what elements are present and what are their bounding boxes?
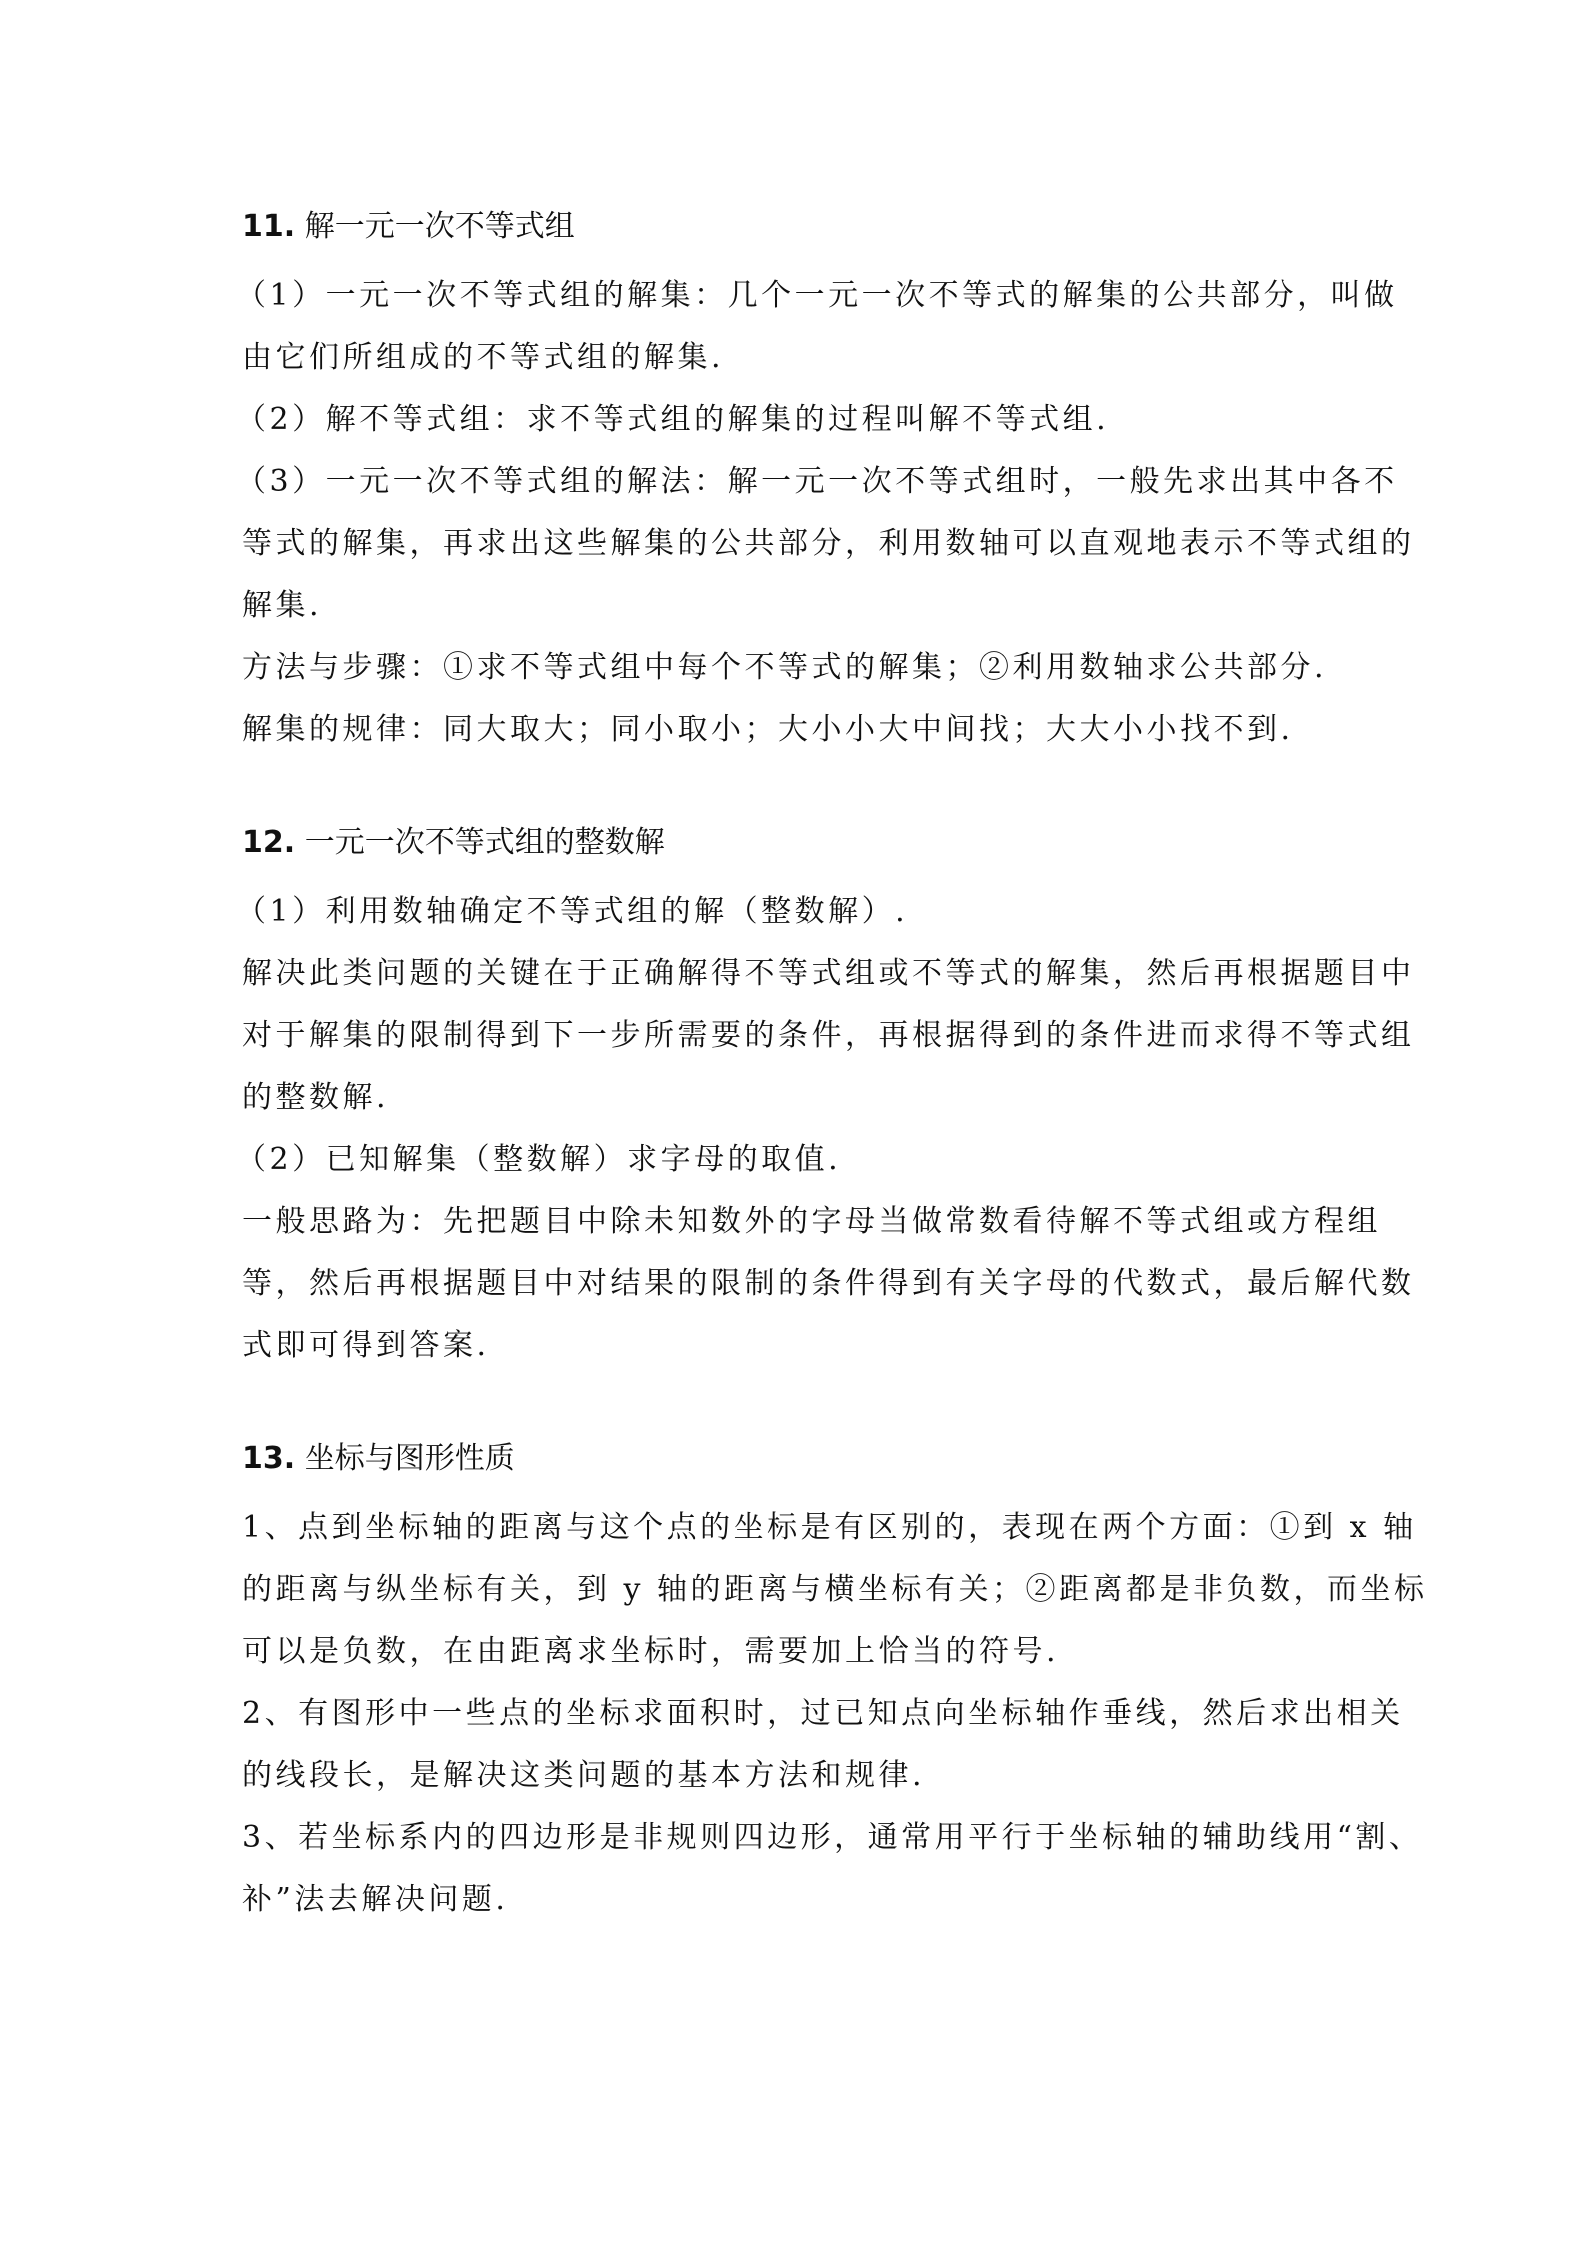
section-heading: 11. 解一元一次不等式组 (242, 205, 1352, 265)
section-12: 12. 一元一次不等式组的整数解 （1）利用数轴确定不等式组的解（整数解）. 解… (242, 821, 1352, 1377)
paragraph-line: 对于解集的限制得到下一步所需要的条件，再根据得到的条件进而求得不等式组 (242, 1005, 1352, 1067)
paragraph-line: （2）已知解集（整数解）求字母的取值. (236, 1129, 1352, 1191)
paragraph-line: 2、有图形中一些点的坐标求面积时，过已知点向坐标轴作垂线，然后求出相关 (242, 1683, 1352, 1745)
paragraph-line: 式即可得到答案. (242, 1315, 1352, 1377)
paragraph-line: 一般思路为：先把题目中除未知数外的字母当做常数看待解不等式组或方程组 (242, 1191, 1352, 1253)
paragraph-line: （1）一元一次不等式组的解集：几个一元一次不等式的解集的公共部分，叫做 (236, 265, 1352, 327)
paragraph-line: 可以是负数，在由距离求坐标时，需要加上恰当的符号. (242, 1621, 1352, 1683)
section-heading: 13. 坐标与图形性质 (242, 1437, 1352, 1497)
section-heading: 12. 一元一次不等式组的整数解 (242, 821, 1352, 881)
paragraph-line: 3、若坐标系内的四边形是非规则四边形，通常用平行于坐标轴的辅助线用“割、 (242, 1807, 1352, 1869)
paragraph-line: 1、点到坐标轴的距离与这个点的坐标是有区别的，表现在两个方面：①到 x 轴 (242, 1497, 1352, 1559)
section-11: 11. 解一元一次不等式组 （1）一元一次不等式组的解集：几个一元一次不等式的解… (242, 205, 1352, 761)
section-13: 13. 坐标与图形性质 1、点到坐标轴的距离与这个点的坐标是有区别的，表现在两个… (242, 1437, 1352, 1931)
paragraph-line: 等，然后再根据题目中对结果的限制的条件得到有关字母的代数式，最后解代数 (242, 1253, 1352, 1315)
section-number: 12. (242, 825, 295, 860)
section-number: 13. (242, 1441, 295, 1476)
section-title: 坐标与图形性质 (305, 1441, 515, 1476)
paragraph-line: 解集. (242, 575, 1352, 637)
paragraph-line: 的整数解. (242, 1067, 1352, 1129)
paragraph-line: 补”法去解决问题. (242, 1869, 1352, 1931)
paragraph-line: 解决此类问题的关键在于正确解得不等式组或不等式的解集，然后再根据题目中 (242, 943, 1352, 1005)
section-title: 解一元一次不等式组 (305, 209, 575, 244)
paragraph-line: （1）利用数轴确定不等式组的解（整数解）. (236, 881, 1352, 943)
paragraph-line: 的线段长，是解决这类问题的基本方法和规律. (242, 1745, 1352, 1807)
section-title: 一元一次不等式组的整数解 (305, 825, 665, 860)
paragraph-line: 由它们所组成的不等式组的解集. (242, 327, 1352, 389)
document-page: 11. 解一元一次不等式组 （1）一元一次不等式组的解集：几个一元一次不等式的解… (242, 205, 1352, 1991)
paragraph-line: 的距离与纵坐标有关，到 y 轴的距离与横坐标有关；②距离都是非负数，而坐标 (242, 1559, 1352, 1621)
paragraph-line: （3）一元一次不等式组的解法：解一元一次不等式组时，一般先求出其中各不 (236, 451, 1352, 513)
paragraph-line: 解集的规律：同大取大；同小取小；大小小大中间找；大大小小找不到. (242, 699, 1352, 761)
paragraph-line: （2）解不等式组：求不等式组的解集的过程叫解不等式组. (236, 389, 1352, 451)
section-number: 11. (242, 209, 295, 244)
paragraph-line: 方法与步骤：①求不等式组中每个不等式的解集；②利用数轴求公共部分. (242, 637, 1352, 699)
paragraph-line: 等式的解集，再求出这些解集的公共部分，利用数轴可以直观地表示不等式组的 (242, 513, 1352, 575)
